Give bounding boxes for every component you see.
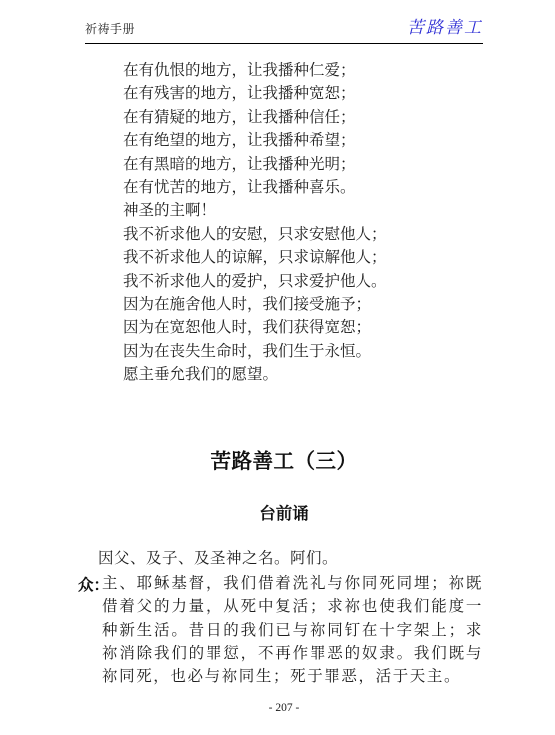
page-header: 祈祷手册 苦路善工 — [85, 14, 483, 44]
congregation-response-block: 众： 主、耶稣基督，我们借着洗礼与你同死同埋；祢既借着父的力量，从死中复活；求祢… — [78, 572, 483, 688]
poem-line: 我不祈求他人的谅解，只求谅解他人； — [123, 246, 387, 269]
speaker-label: 众： — [78, 573, 109, 595]
page-number: - 207 - — [85, 702, 483, 714]
poem-line: 我不祈求他人的安慰，只求安慰他人； — [123, 223, 387, 246]
poem-line: 因为在丧失生命时，我们生于永恒。 — [123, 340, 387, 363]
header-running-title: 苦路善工 — [407, 13, 483, 43]
prayer-poem: 在有仇恨的地方，让我播种仁爱； 在有残害的地方，让我播种宽恕； 在有猜疑的地方，… — [123, 59, 387, 387]
poem-line: 神圣的主啊！ — [123, 199, 387, 222]
section-title: 苦路善工（三） — [85, 444, 483, 474]
poem-line: 在有忧苦的地方，让我播种喜乐。 — [123, 176, 387, 199]
poem-line: 在有猜疑的地方，让我播种信任； — [123, 106, 387, 129]
poem-line: 在有绝望的地方，让我播种希望； — [123, 129, 387, 152]
poem-line: 我不祈求他人的爱护，只求爱护他人。 — [123, 270, 387, 293]
opening-invocation: 因父、及子、及圣神之名。阿们。 — [98, 546, 338, 568]
section-subtitle: 台前诵 — [85, 500, 483, 524]
poem-line: 因为在宽恕他人时，我们获得宽恕； — [123, 316, 387, 339]
poem-line: 在有黑暗的地方，让我播种光明； — [123, 153, 387, 176]
poem-line: 愿主垂允我们的愿望。 — [123, 363, 387, 386]
prayer-book-page: 祈祷手册 苦路善工 在有仇恨的地方，让我播种仁爱； 在有残害的地方，让我播种宽恕… — [0, 0, 555, 735]
congregation-response-text: 主、耶稣基督，我们借着洗礼与你同死同埋；祢既借着父的力量，从死中复活；求祢也使我… — [102, 572, 483, 688]
poem-line: 因为在施舍他人时，我们接受施予； — [123, 293, 387, 316]
header-booklet-title: 祈祷手册 — [85, 20, 135, 43]
poem-line: 在有仇恨的地方，让我播种仁爱； — [123, 59, 387, 82]
poem-line: 在有残害的地方，让我播种宽恕； — [123, 82, 387, 105]
